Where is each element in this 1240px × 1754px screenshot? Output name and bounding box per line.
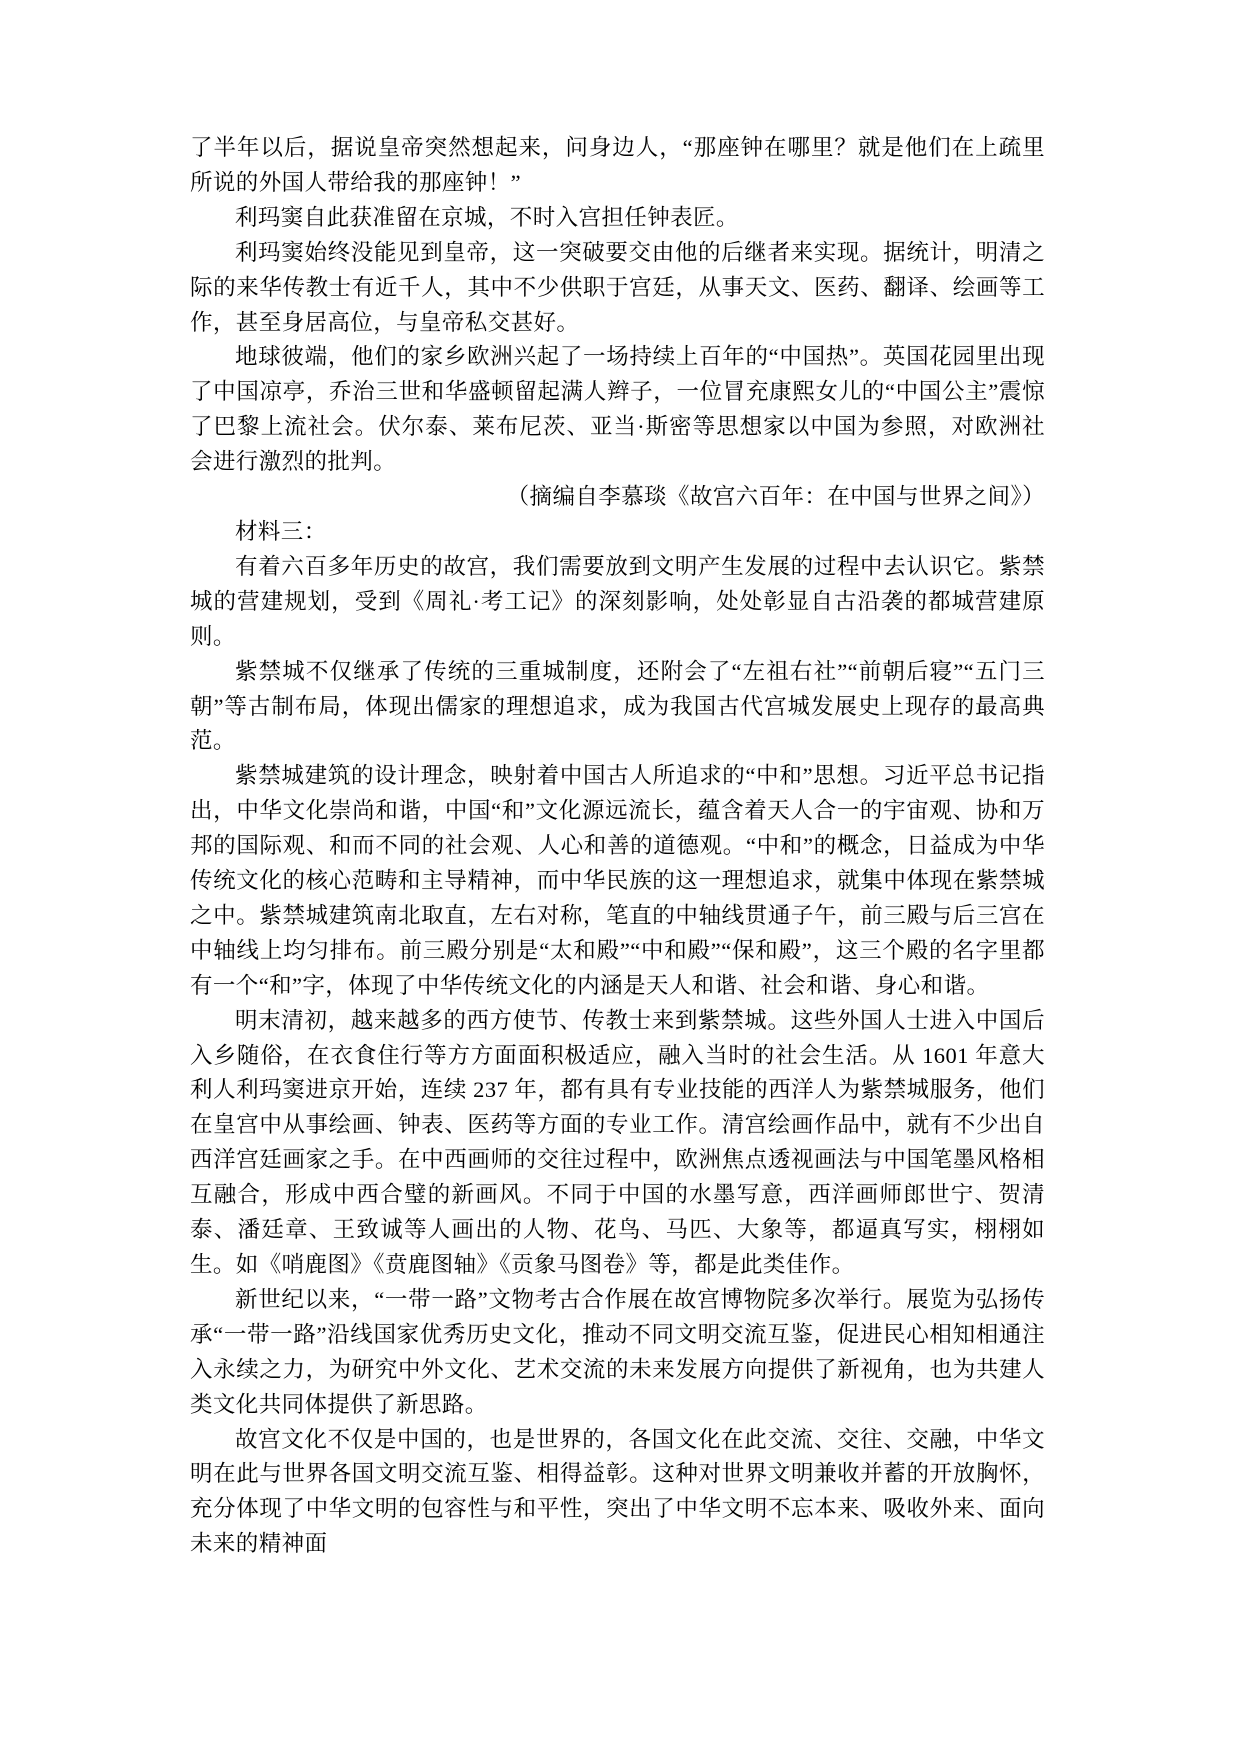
paragraph-ricci-clockmaker: 利玛窦自此获准留在京城，不时入宫担任钟表匠。 xyxy=(190,201,1045,236)
document-page: 了半年以后，据说皇帝突然想起来，问身边人，“那座钟在哪里？就是他们在上疏里所说的… xyxy=(0,0,1240,1754)
paragraph-ancient-layout: 紫禁城不仅继承了传统的三重城制度，还附会了“左祖右社”“前朝后寝”“五门三朝”等… xyxy=(190,655,1045,760)
reading-passage: 了半年以后，据说皇帝突然想起来，问身边人，“那座钟在哪里？就是他们在上疏里所说的… xyxy=(190,131,1045,1562)
paragraph-western-artists: 明末清初，越来越多的西方使节、传教士来到紫禁城。这些外国人士进入中国后入乡随俗，… xyxy=(190,1004,1045,1283)
paragraph-zhonghe-philosophy: 紫禁城建筑的设计理念，映射着中国古人所追求的“中和”思想。习近平总书记指出，中华… xyxy=(190,759,1045,1003)
paragraph-palace-planning: 有着六百多年历史的故宫，我们需要放到文明产生发展的过程中去认识它。紫禁城的营建规… xyxy=(190,550,1045,655)
paragraph-continued-from-previous-page: 了半年以后，据说皇帝突然想起来，问身边人，“那座钟在哪里？就是他们在上疏里所说的… xyxy=(190,131,1045,201)
paragraph-missionaries-at-court: 利玛窦始终没能见到皇帝，这一突破要交由他的后继者来实现。据统计，明清之际的来华传… xyxy=(190,236,1045,341)
material-three-heading: 材料三： xyxy=(190,515,1045,550)
source-citation: （摘编自李慕琰《故宫六百年：在中国与世界之间》） xyxy=(190,480,1045,515)
paragraph-palace-culture-world: 故宫文化不仅是中国的，也是世界的，各国文化在此交流、交往、交融，中华文明在此与世… xyxy=(190,1423,1045,1563)
paragraph-china-fever-in-europe: 地球彼端，他们的家乡欧洲兴起了一场持续上百年的“中国热”。英国花园里出现了中国凉… xyxy=(190,340,1045,480)
paragraph-belt-and-road-exhibitions: 新世纪以来，“一带一路”文物考古合作展在故宫博物院多次举行。展览为弘扬传承“一带… xyxy=(190,1283,1045,1423)
